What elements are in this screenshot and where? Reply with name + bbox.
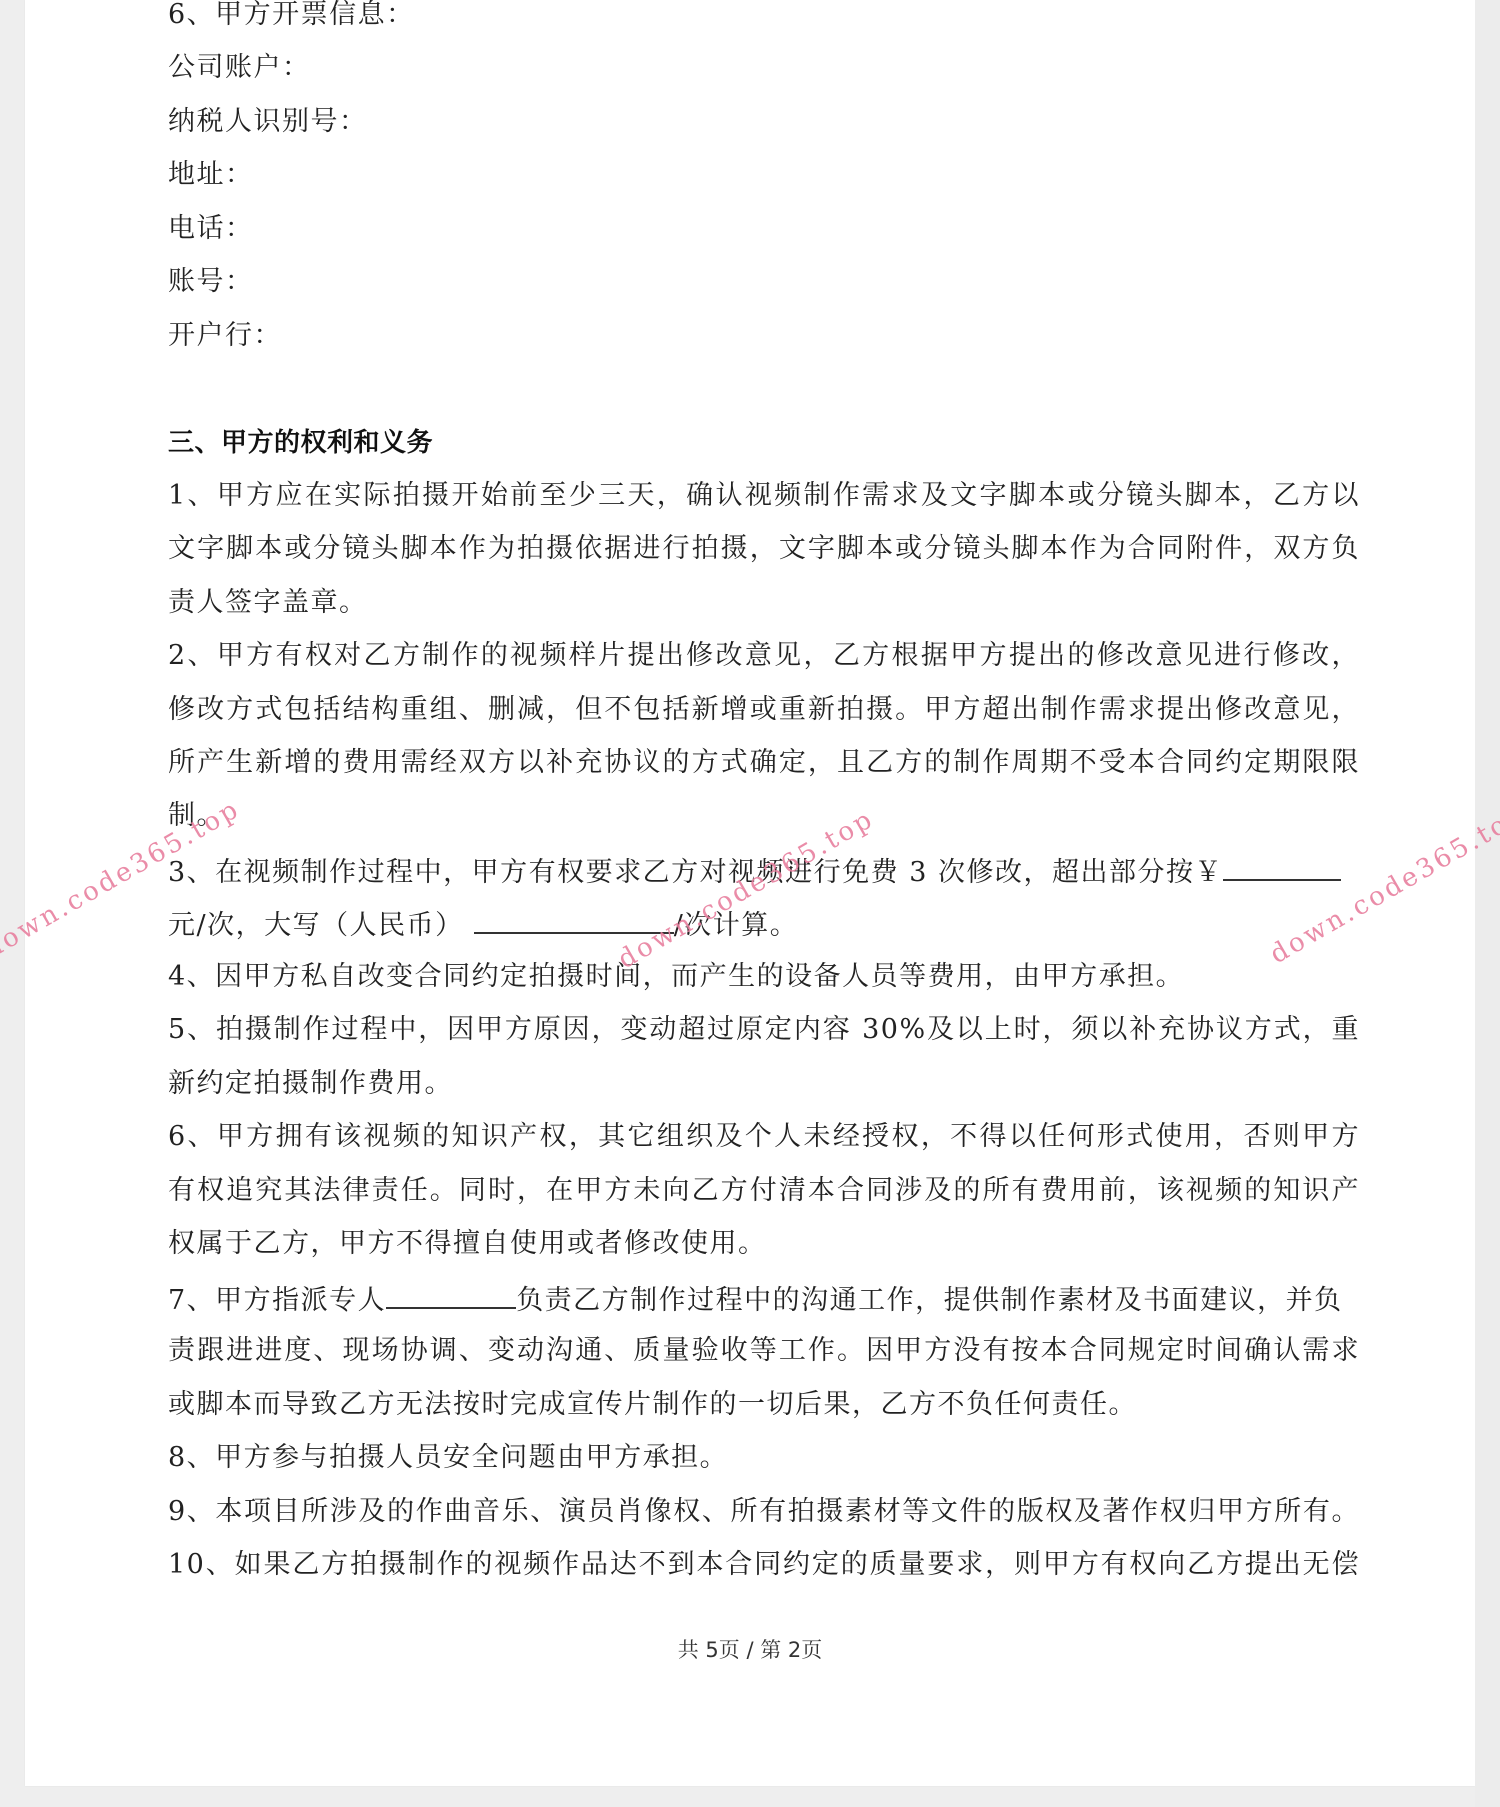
field-bank: 开户行： xyxy=(168,319,282,353)
field-account-number: 账号： xyxy=(168,265,254,299)
designated-person-blank-field[interactable] xyxy=(386,1281,516,1309)
clause-1-line-3: 责人签字盖章。 xyxy=(168,586,368,620)
field-phone: 电话： xyxy=(168,212,254,246)
clause-7-prefix: 7、甲方指派专人 xyxy=(168,1285,386,1316)
scrollbar[interactable] xyxy=(1475,0,1500,1807)
amount-in-words-blank-field[interactable] xyxy=(474,906,674,934)
invoice-info-title: 6、甲方开票信息： xyxy=(168,0,415,32)
clause-7-suffix: 负责乙方制作过程中的沟通工作，提供制作素材及书面建议，并负 xyxy=(516,1285,1343,1316)
clause-1-line-1: 1、甲方应在实际拍摄开始前至少三天，确认视频制作需求及文字脚本或分镜头脚本，乙方… xyxy=(168,479,1360,513)
clause-10-line-1: 10、如果乙方拍摄制作的视频作品达不到本合同约定的质量要求，则甲方有权向乙方提出… xyxy=(168,1548,1360,1582)
clause-2-line-3: 所产生新增的费用需经双方以补充协议的方式确定，且乙方的制作周期不受本合同约定期限… xyxy=(168,746,1360,780)
clause-9: 9、本项目所涉及的作曲音乐、演员肖像权、所有拍摄素材等文件的版权及著作权归甲方所… xyxy=(168,1495,1360,1529)
clause-3-suffix: /次计算。 xyxy=(674,910,799,941)
clause-6-line-1: 6、甲方拥有该视频的知识产权，其它组织及个人未经授权，不得以任何形式使用，否则甲… xyxy=(168,1120,1360,1154)
clause-7-line-1: 7、甲方指派专人负责乙方制作过程中的沟通工作，提供制作素材及书面建议，并负 xyxy=(168,1281,1360,1318)
section-heading: 三、甲方的权利和义务 xyxy=(168,426,433,460)
clause-3-prefix: 元/次，大写（人民币） xyxy=(168,910,464,941)
clause-2-line-2: 修改方式包括结构重组、删减，但不包括新增或重新拍摄。甲方超出制作需求提出修改意见… xyxy=(168,693,1360,727)
clause-2-line-4: 制。 xyxy=(168,799,225,833)
field-address: 地址： xyxy=(168,158,254,192)
price-blank-field[interactable] xyxy=(1223,853,1341,881)
clause-4: 4、因甲方私自改变合同约定拍摄时间，而产生的设备人员等费用，由甲方承担。 xyxy=(168,960,1184,994)
clause-6-line-3: 权属于乙方，甲方不得擅自使用或者修改使用。 xyxy=(168,1227,767,1261)
clause-3-line-2: 元/次，大写（人民币） /次计算。 xyxy=(168,906,798,943)
clause-3-line-1: 3、在视频制作过程中，甲方有权要求乙方对视频进行免费 3 次修改，超出部分按￥ xyxy=(168,853,1360,890)
clause-7-line-2: 责跟进进度、现场协调、变动沟通、质量验收等工作。因甲方没有按本合同规定时间确认需… xyxy=(168,1334,1360,1368)
clause-8: 8、甲方参与拍摄人员安全问题由甲方承担。 xyxy=(168,1441,728,1475)
document-page: 6、甲方开票信息： 公司账户： 纳税人识别号： 地址： 电话： 账号： 开户行：… xyxy=(25,0,1475,1786)
field-company-account: 公司账户： xyxy=(168,51,311,85)
field-taxpayer-id: 纳税人识别号： xyxy=(168,105,368,139)
page-indicator: 共 5页 / 第 2页 xyxy=(0,1634,1500,1664)
clause-5-line-1: 5、拍摄制作过程中，因甲方原因，变动超过原定内容 30%及以上时，须以补充协议方… xyxy=(168,1013,1360,1047)
clause-1-line-2: 文字脚本或分镜头脚本作为拍摄依据进行拍摄，文字脚本或分镜头脚本作为合同附件，双方… xyxy=(168,532,1360,566)
clause-7-line-3: 或脚本而导致乙方无法按时完成宣传片制作的一切后果，乙方不负任何责任。 xyxy=(168,1388,1137,1422)
clause-3-text: 3、在视频制作过程中，甲方有权要求乙方对视频进行免费 3 次修改，超出部分按￥ xyxy=(168,857,1223,888)
clause-2-line-1: 2、甲方有权对乙方制作的视频样片提出修改意见，乙方根据甲方提出的修改意见进行修改… xyxy=(168,639,1360,673)
clause-6-line-2: 有权追究其法律责任。同时，在甲方未向乙方付清本合同涉及的所有费用前，该视频的知识… xyxy=(168,1174,1360,1208)
clause-5-line-2: 新约定拍摄制作费用。 xyxy=(168,1067,453,1101)
